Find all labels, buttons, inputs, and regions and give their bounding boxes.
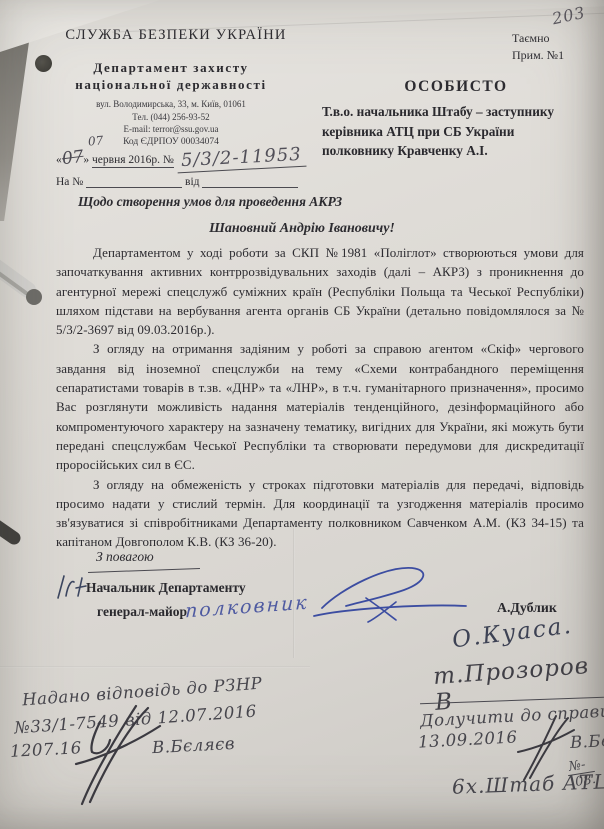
body-paragraph-3: З огляду на обмеженість у строках підгот…	[56, 475, 584, 552]
date-day-handwritten: 07	[61, 147, 85, 169]
secrecy-label: Таємно	[512, 30, 564, 47]
secrecy-stamp: Таємно Прим. №1	[512, 30, 564, 64]
body-paragraph-2: З огляду на отримання задіяним у роботі …	[56, 339, 584, 474]
signer-position: Начальник Департаменту	[86, 580, 246, 596]
org-address: вул. Володимирська, 33, м. Київ, 01061	[44, 98, 298, 111]
department-name: Департамент захисту національної державн…	[44, 59, 298, 93]
regards-line: З повагою	[96, 549, 154, 565]
body-paragraph-1: Департаментом у ході роботи за СКП №1981…	[56, 243, 584, 339]
salutation: Шановний Андрію Івановичу!	[152, 221, 452, 237]
recipient-line1: Т.в.о. начальника Штабу – заступнику	[322, 102, 597, 122]
pen-tip-object	[0, 508, 32, 553]
ref-na-label: На №	[56, 176, 83, 188]
pen-object	[0, 244, 60, 319]
org-phone: Тел. (044) 256-93-52	[44, 111, 298, 124]
department-line1: Департамент захисту	[44, 59, 298, 76]
subject-line: Щодо створення умов для проведення АКРЗ	[78, 194, 342, 210]
signer-rank-printed: генерал-майор	[97, 604, 187, 620]
ref-number-blank	[86, 176, 182, 188]
contact-block: вул. Володимирська, 33, м. Київ, 01061 Т…	[44, 98, 298, 136]
right-note-date: 13.09.2016	[418, 727, 518, 751]
ref-date-blank	[202, 176, 298, 188]
letter-body: Департаментом у ході роботи за СКП №1981…	[56, 243, 584, 552]
left-signature-scribble	[70, 700, 170, 815]
recipient-block: Т.в.о. начальника Штабу – заступнику кер…	[322, 102, 597, 161]
date-line: «07» червня 2016р. № 5/3/2-11953	[56, 147, 306, 170]
recipient-line3: полковнику Кравченку А.І.	[322, 141, 597, 161]
horizontal-crease	[0, 666, 310, 668]
signature-dublyk	[308, 560, 478, 630]
org-email: E-mail: terror@ssu.gov.ua	[44, 123, 298, 136]
doc-number-handwritten: 5/3/2-11953	[176, 144, 306, 174]
reference-line: На № від	[56, 176, 298, 188]
org-name: СЛУЖБА БЕЗПЕКИ УКРАЇНИ	[58, 27, 294, 44]
copy-number-label: Прим. №1	[512, 47, 564, 64]
personally-label: ОСОБИСТО	[350, 78, 562, 96]
ref-vid-label: від	[185, 176, 199, 188]
date-month-year: червня 2016р. №	[92, 154, 174, 168]
right-note-fraction: №- 08.	[566, 756, 597, 791]
recipient-line2: керівника АТЦ при СБ України	[322, 122, 597, 142]
signer-name: А.Дублик	[497, 600, 557, 616]
department-line2: національної державності	[44, 76, 298, 93]
regards-underline	[88, 568, 200, 573]
rank-correction-handwritten: полковник	[185, 592, 309, 623]
document-photo: 203 СЛУЖБА БЕЗПЕКИ УКРАЇНИ Департамент з…	[0, 0, 604, 829]
date-day-small-handwritten: 07	[87, 133, 103, 148]
